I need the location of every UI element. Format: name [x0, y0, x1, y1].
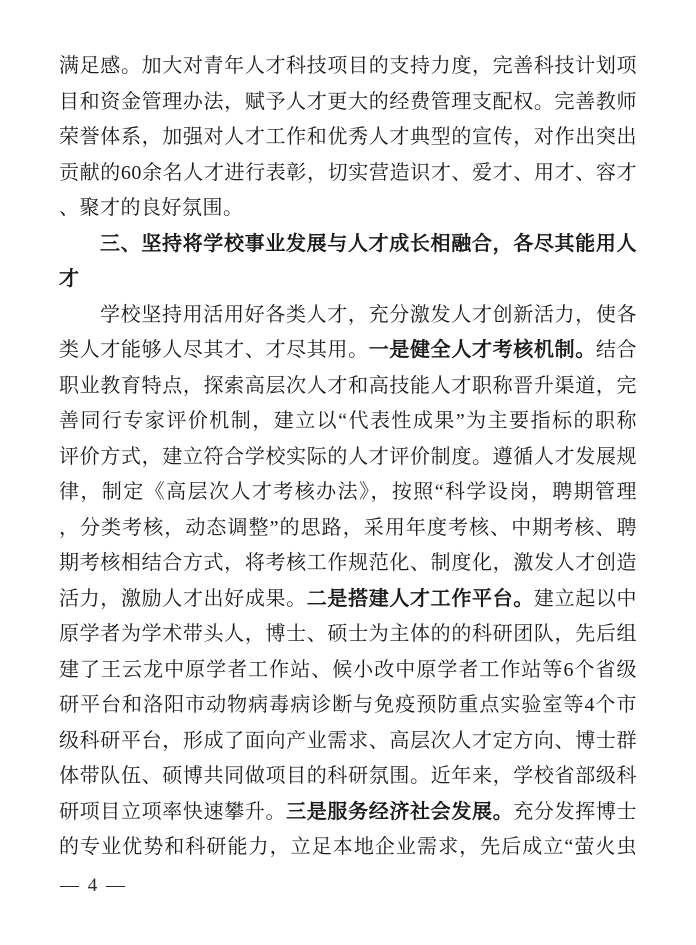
text-segment: 充分发挥博士 — [513, 801, 637, 823]
text-line: 学校坚持用活用好各类人才，充分激发人才创新活力，使各 — [59, 298, 637, 334]
text-line: 体带队伍、硕博共同做项目的科研氛围。近年来，学校省部级科 — [59, 759, 637, 795]
text-segment: 、聚才的良好氛围。 — [59, 197, 244, 219]
text-segment: 研项目立项率快速攀升。 — [59, 801, 286, 823]
text-line: 善同行专家评价机制，建立以“代表性成果”为主要指标的职称 — [59, 404, 637, 440]
text-line: 研平台和洛阳市动物病毒病诊断与免疫预防重点实验室等4个市 — [59, 688, 637, 724]
page-number: — 4 — — [60, 874, 127, 898]
text-segment: 学校坚持用活用好各类人才，充分激发人才创新活力，使各 — [100, 304, 637, 326]
text-segment: 建立起以中 — [534, 588, 637, 610]
text-line: 研项目立项率快速攀升。三是服务经济社会发展。充分发挥博士 — [59, 795, 637, 831]
text-segment: 目和资金管理办法，赋予人才更大的经费管理支配权。完善教师 — [59, 91, 637, 113]
text-segment: 评价方式，建立符合学校实际的人才评价制度。遵循人才发展规 — [59, 446, 637, 468]
text-line: 的专业优势和科研能力，立足本地企业需求，先后成立“萤火虫 — [59, 830, 637, 866]
text-line: 级科研平台，形成了面向产业需求、高层次人才定方向、博士群 — [59, 724, 637, 760]
text-line: 、聚才的良好氛围。 — [59, 191, 637, 227]
text-segment: 期考核相结合方式，将考核工作规范化、制度化，激发人才创造 — [59, 552, 637, 574]
heading-line: 三、坚持将学校事业发展与人才成长相融合，各尽其能用人 — [59, 227, 637, 263]
text-segment: 贡献的60余名人才进行表彰，切实营造识才、爱才、用才、容才 — [59, 162, 637, 184]
bold-text-segment: 三、坚持将学校事业发展与人才成长相融合，各尽其能用人 — [100, 233, 637, 255]
text-line: 律，制定《高层次人才考核办法》，按照“科学设岗，聘期管理 — [59, 475, 637, 511]
bold-text-segment: 三是服务经济社会发展。 — [286, 801, 513, 823]
text-line: 类人才能够人尽其才、才尽其用。一是健全人才考核机制。结合 — [59, 333, 637, 369]
text-segment: 律，制定《高层次人才考核办法》，按照“科学设岗，聘期管理 — [59, 481, 637, 503]
text-line: 建了王云龙中原学者工作站、候小改中原学者工作站等6个省级科 — [59, 653, 637, 689]
text-segment: 研平台和洛阳市动物病毒病诊断与免疫预防重点实验室等4个市 — [59, 694, 637, 716]
text-segment: 活力，激励人才出好成果。 — [59, 588, 307, 610]
text-line: 贡献的60余名人才进行表彰，切实营造识才、爱才、用才、容才 — [59, 156, 637, 192]
bold-text-segment: 二是搭建人才工作平台。 — [307, 588, 534, 610]
text-segment: 职业教育特点，探索高层次人才和高技能人才职称晋升渠道，完 — [59, 375, 637, 397]
text-line: 目和资金管理办法，赋予人才更大的经费管理支配权。完善教师 — [59, 85, 637, 121]
text-line: ，分类考核，动态调整”的思路，采用年度考核、中期考核、聘 — [59, 511, 637, 547]
text-line: 评价方式，建立符合学校实际的人才评价制度。遵循人才发展规 — [59, 440, 637, 476]
text-segment: 善同行专家评价机制，建立以“代表性成果”为主要指标的职称 — [59, 410, 637, 432]
text-segment: 原学者为学术带头人，博士、硕士为主体的的科研团队，先后组 — [59, 623, 637, 645]
text-segment: 结合 — [596, 339, 637, 361]
text-line: 活力，激励人才出好成果。二是搭建人才工作平台。建立起以中 — [59, 582, 637, 618]
document-page: 满足感。加大对青年人才科技项目的支持力度，完善科技计划项目和资金管理办法，赋予人… — [0, 0, 696, 945]
text-segment: 的专业优势和科研能力，立足本地企业需求，先后成立“萤火虫 — [59, 836, 637, 858]
text-segment: ，分类考核，动态调整”的思路，采用年度考核、中期考核、聘 — [59, 517, 637, 539]
bold-text-segment: 一是健全人才考核机制。 — [369, 339, 596, 361]
text-line: 职业教育特点，探索高层次人才和高技能人才职称晋升渠道，完 — [59, 369, 637, 405]
text-segment: 满足感。加大对青年人才科技项目的支持力度，完善科技计划项 — [59, 55, 637, 77]
text-segment: 体带队伍、硕博共同做项目的科研氛围。近年来，学校省部级科 — [59, 765, 637, 787]
document-body: 满足感。加大对青年人才科技项目的支持力度，完善科技计划项目和资金管理办法，赋予人… — [59, 49, 637, 866]
text-segment: 类人才能够人尽其才、才尽其用。 — [59, 339, 369, 361]
text-line: 满足感。加大对青年人才科技项目的支持力度，完善科技计划项 — [59, 49, 637, 85]
bold-text-segment: 才 — [59, 268, 80, 290]
text-segment: 建了王云龙中原学者工作站、候小改中原学者工作站等6个省级科 — [59, 659, 637, 689]
text-segment: 级科研平台，形成了面向产业需求、高层次人才定方向、博士群 — [59, 730, 637, 752]
text-line: 期考核相结合方式，将考核工作规范化、制度化，激发人才创造 — [59, 546, 637, 582]
text-line: 荣誉体系，加强对人才工作和优秀人才典型的宣传，对作出突出 — [59, 120, 637, 156]
heading-line: 才 — [59, 262, 637, 298]
text-line: 原学者为学术带头人，博士、硕士为主体的的科研团队，先后组 — [59, 617, 637, 653]
text-segment: 荣誉体系，加强对人才工作和优秀人才典型的宣传，对作出突出 — [59, 126, 637, 148]
